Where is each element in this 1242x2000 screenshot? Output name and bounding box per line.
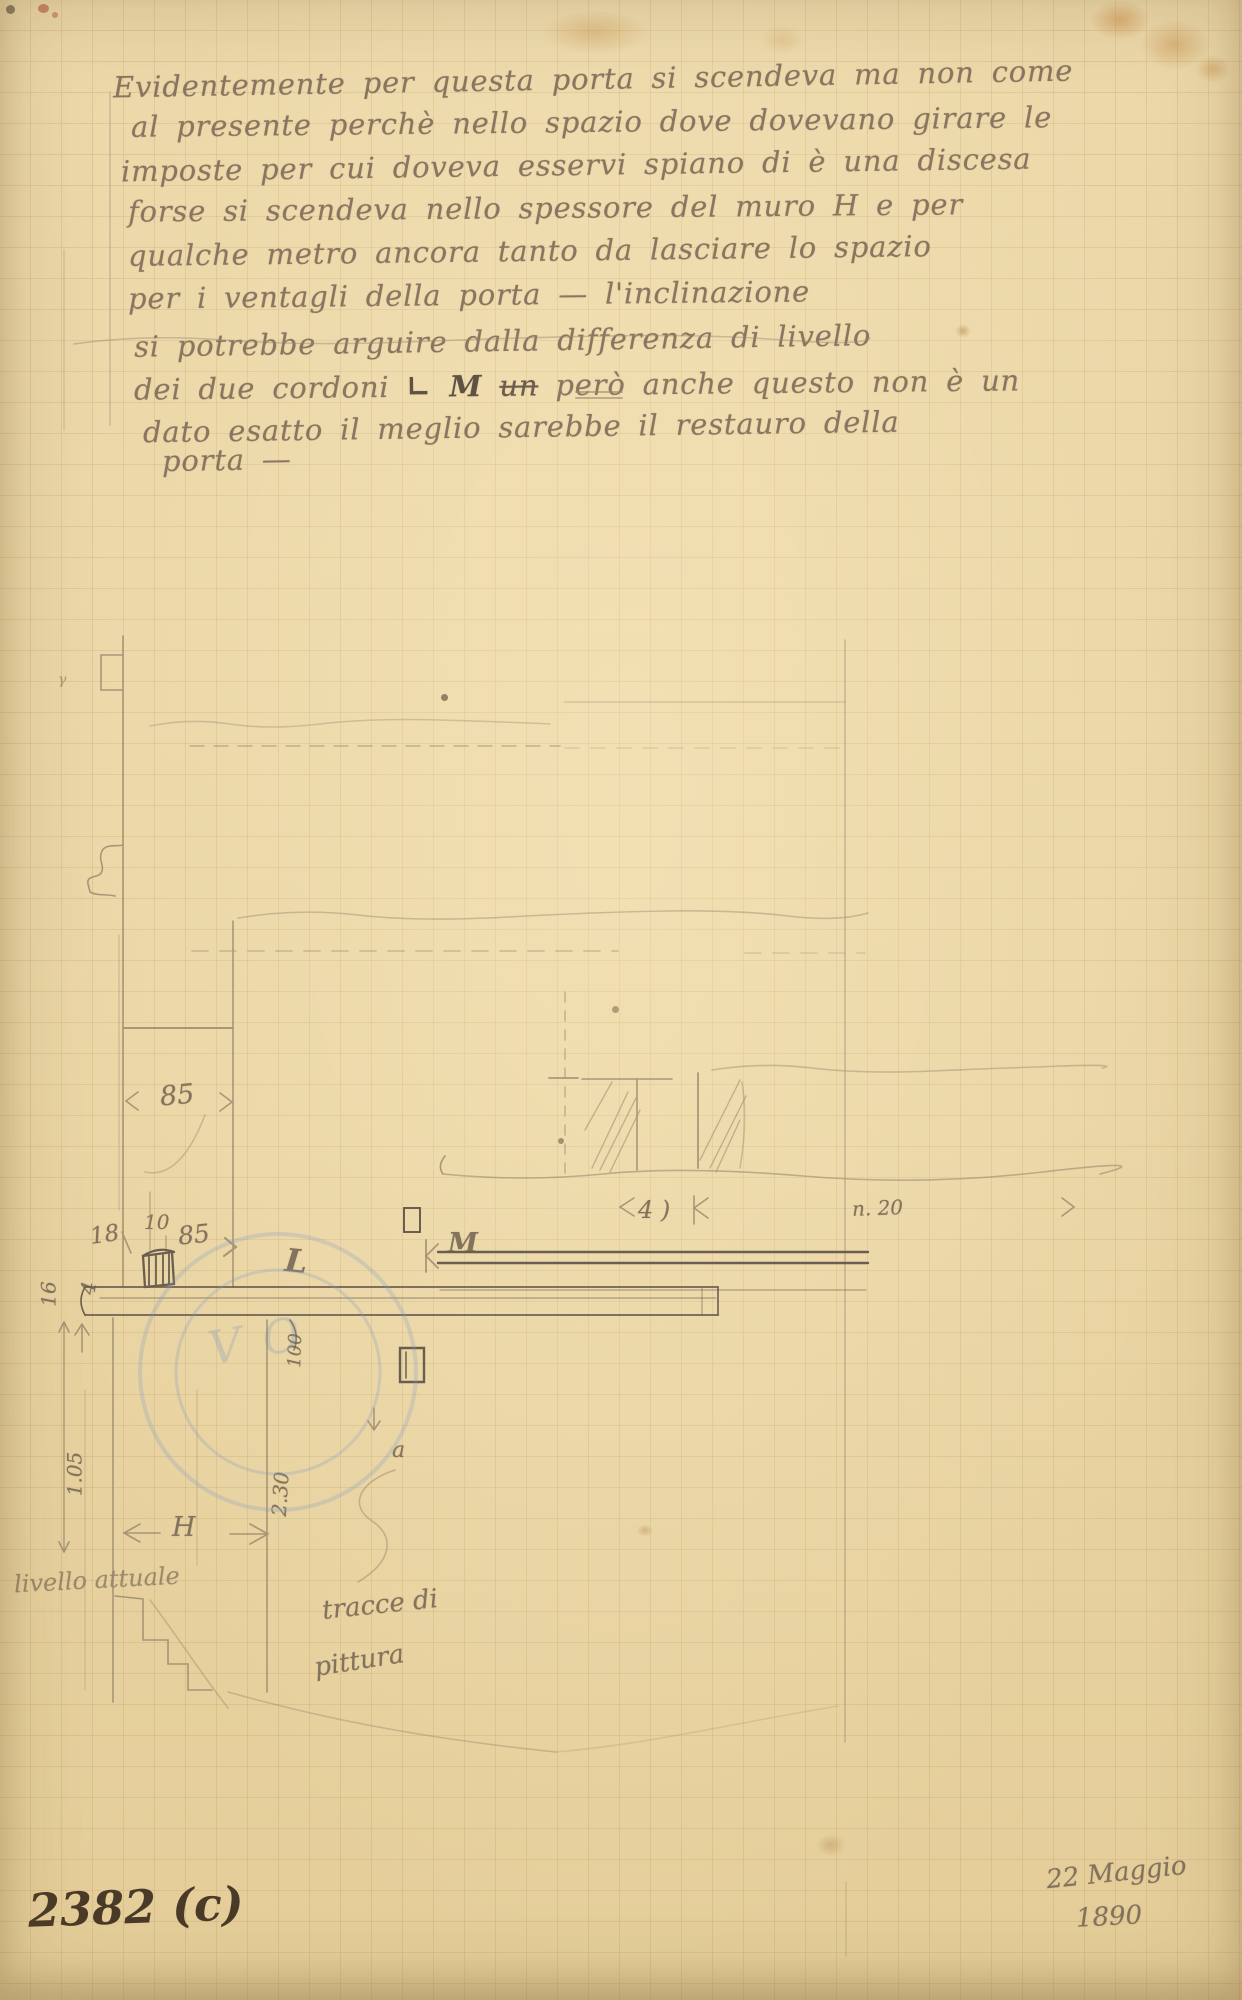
sketch-linework: [0, 0, 1242, 2000]
scanned-note-page: Evidentemente per questa porta si scende…: [0, 0, 1242, 2000]
archive-stamp: [140, 1234, 416, 1510]
